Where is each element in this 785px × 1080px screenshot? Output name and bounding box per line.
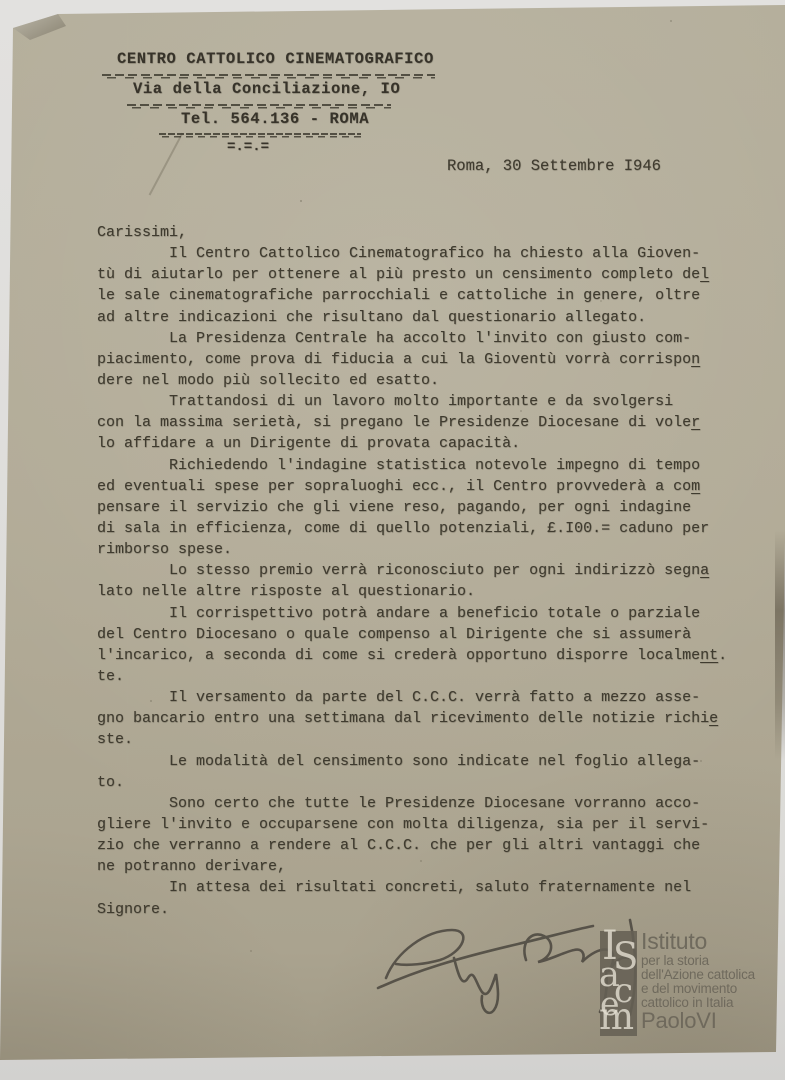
letterhead-underline <box>102 74 435 79</box>
body-line: ed eventuali spese per sopraluoghi ecc.,… <box>97 476 727 497</box>
body-line: ne potranno derivare, <box>97 856 727 877</box>
letterhead-address: Via della Conciliazione, IO <box>133 80 400 98</box>
body-line: zio che verranno a rendere al C.C.C. che… <box>97 835 727 856</box>
body-line: pensare il servizio che gli viene reso, … <box>97 497 727 518</box>
signature-stroke <box>378 926 593 988</box>
letterhead-underline <box>127 104 391 109</box>
paper-specks <box>300 200 302 202</box>
body-line: le sale cinematografiche parrocchiali e … <box>97 285 727 306</box>
body-line: Carissimi, <box>97 222 727 243</box>
letterhead-org-name: CENTRO CATTOLICO CINEMATOGRAFICO <box>117 50 434 68</box>
body-line: Le modalità del censimento sono indicate… <box>97 751 727 772</box>
body-line: La Presidenza Centrale ha accolto l'invi… <box>97 328 727 349</box>
letterhead-phone: Tel. 564.136 - ROMA <box>181 110 369 128</box>
letterhead-separator: =.=.= <box>227 139 269 155</box>
scan-background: { "document": { "letterhead": { "org_nam… <box>0 0 785 1080</box>
underlined-continuation: e <box>709 710 718 727</box>
dateline: Roma, 30 Settembre I946 <box>447 157 661 175</box>
body-line: Lo stesso premio verrà riconosciuto per … <box>97 560 727 581</box>
underlined-continuation: n <box>691 351 700 368</box>
body-line: Il Centro Cattolico Cinematografico ha c… <box>97 243 727 264</box>
underlined-continuation: r <box>691 414 700 431</box>
underlined-continuation: m <box>691 478 700 495</box>
archive-watermark-line: per la storia <box>641 953 709 968</box>
body-line: In attesa dei risultati concreti, saluto… <box>97 877 727 898</box>
body-line: Richiedendo l'indagine statistica notevo… <box>97 455 727 476</box>
body-line: to. <box>97 772 727 793</box>
scanned-letter: CENTRO CATTOLICO CINEMATOGRAFICO Via del… <box>0 0 785 1080</box>
underlined-continuation: a <box>700 562 709 579</box>
body-line: lo affidare a un Dirigente di provata ca… <box>97 433 727 454</box>
body-line: l'incarico, a seconda di come si crederà… <box>97 645 727 666</box>
paper-edge-shadow <box>775 530 785 760</box>
archive-watermark-line: dell'Azione cattolica <box>641 967 755 982</box>
body-line: lato nelle altre risposte al questionari… <box>97 581 727 602</box>
body-line: del Centro Diocesano o quale compenso al… <box>97 624 727 645</box>
archive-watermark-line: e del movimento <box>641 981 737 996</box>
body-line: piacimento, come prova di fiducia a cui … <box>97 349 727 370</box>
body-line: con la massima serietà, si pregano le Pr… <box>97 412 727 433</box>
archive-logo-block: ISacem <box>600 931 637 1036</box>
body-line: ad altre indicazioni che risultano dal q… <box>97 307 727 328</box>
body-line: Trattandosi di un lavoro molto important… <box>97 391 727 412</box>
letterhead-underline <box>159 133 361 138</box>
body-line: ste. <box>97 729 727 750</box>
body-line: rimborso spese. <box>97 539 727 560</box>
underlined-continuation: nt <box>700 647 718 664</box>
archive-watermark-line: Istituto <box>641 928 707 955</box>
body-line: te. <box>97 666 727 687</box>
body-line: tù di aiutarlo per ottenere al più prest… <box>97 264 727 285</box>
body-line: dere nel modo più sollecito ed esatto. <box>97 370 727 391</box>
body-line: Il versamento da parte del C.C.C. verrà … <box>97 687 727 708</box>
body-line: gno bancario entro una settimana dal ric… <box>97 708 727 729</box>
archive-logo-letter: m <box>599 998 634 1035</box>
body-line: gliere l'invito e occuparsene con molta … <box>97 814 727 835</box>
body-line: Sono certo che tutte le Presidenze Dioce… <box>97 793 727 814</box>
body-line: di sala in efficienza, come di quello po… <box>97 518 727 539</box>
body-line: Il corrispettivo potrà andare a benefici… <box>97 603 727 624</box>
archive-watermark-line: PaoloVI <box>641 1008 717 1034</box>
underlined-continuation: l <box>700 266 709 283</box>
letter-body: Carissimi, Il Centro Cattolico Cinematog… <box>97 222 727 920</box>
signature-stroke <box>454 958 498 1013</box>
